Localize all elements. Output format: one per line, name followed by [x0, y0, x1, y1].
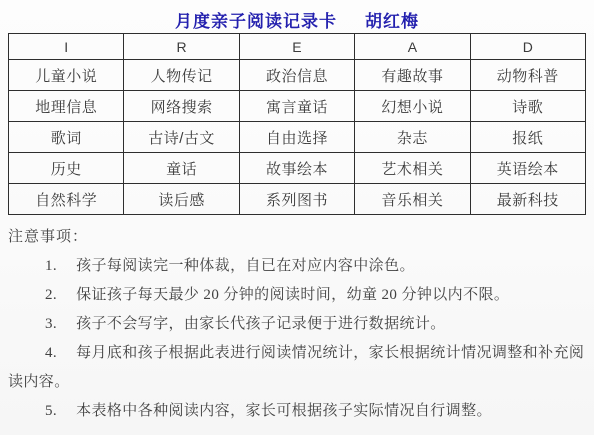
- table-cell: 寓言童话: [239, 91, 354, 122]
- table-cell: 地理信息: [9, 91, 124, 122]
- column-header: A: [355, 34, 470, 60]
- table-cell: 艺术相关: [355, 153, 470, 184]
- document-title: 月度亲子阅读记录卡胡红梅: [8, 0, 586, 33]
- column-header: I: [9, 34, 124, 60]
- note-text: 孩子不会写字，由家长代孩子记录便于进行数据统计。: [76, 316, 446, 332]
- note-item-3: 3.孩子不会写字，由家长代孩子记录便于进行数据统计。: [8, 310, 586, 339]
- note-number: 4.: [45, 345, 57, 361]
- table-cell: 古诗/古文: [124, 122, 239, 153]
- table-cell: 报纸: [470, 122, 585, 153]
- notes-heading: 注意事项：: [8, 223, 586, 252]
- table-cell: 有趣故事: [355, 60, 470, 91]
- table-cell: 诗歌: [470, 91, 585, 122]
- table-row: 地理信息 网络搜索 寓言童话 幻想小说 诗歌: [9, 91, 586, 122]
- note-text: 本表格中各种阅读内容，家长可根据孩子实际情况自行调整。: [76, 403, 492, 419]
- column-header: D: [470, 34, 585, 60]
- table-cell: 自然科学: [9, 184, 124, 215]
- document-page: 月度亲子阅读记录卡胡红梅 I R E A D 儿童小说 人物传记 政治信息 有趣…: [0, 0, 594, 435]
- table-cell: 自由选择: [239, 122, 354, 153]
- table-cell: 最新科技: [470, 184, 585, 215]
- table-cell: 网络搜索: [124, 91, 239, 122]
- reading-record-table: I R E A D 儿童小说 人物传记 政治信息 有趣故事 动物科普 地理信息 …: [8, 33, 586, 215]
- table-header-row: I R E A D: [9, 34, 586, 60]
- table-cell: 杂志: [355, 122, 470, 153]
- table-cell: 读后感: [124, 184, 239, 215]
- table-cell: 动物科普: [470, 60, 585, 91]
- note-number: 1.: [45, 258, 57, 274]
- note-item-2: 2.保证孩子每天最少 20 分钟的阅读时间，幼童 20 分钟以内不限。: [8, 281, 586, 310]
- note-item-4: 4.每月底和孩子根据此表进行阅读情况统计，家长根据统计情况调整和补充阅读内容。: [8, 339, 586, 397]
- title-text: 月度亲子阅读记录卡: [175, 12, 337, 31]
- table-cell: 历史: [9, 153, 124, 184]
- note-number: 3.: [45, 316, 57, 332]
- table-row: 历史 童话 故事绘本 艺术相关 英语绘本: [9, 153, 586, 184]
- table-row: 歌词 古诗/古文 自由选择 杂志 报纸: [9, 122, 586, 153]
- notes-section: 注意事项： 1.孩子每阅读完一种体裁，自已在对应内容中涂色。 2.保证孩子每天最…: [8, 223, 586, 426]
- note-item-1: 1.孩子每阅读完一种体裁，自已在对应内容中涂色。: [8, 252, 586, 281]
- note-item-5: 5.本表格中各种阅读内容，家长可根据孩子实际情况自行调整。: [8, 397, 586, 426]
- table-cell: 音乐相关: [355, 184, 470, 215]
- note-number: 5.: [45, 403, 57, 419]
- table-cell: 英语绘本: [470, 153, 585, 184]
- author-name: 胡红梅: [365, 12, 419, 31]
- table-cell: 人物传记: [124, 60, 239, 91]
- table-cell: 系列图书: [239, 184, 354, 215]
- note-text: 每月底和孩子根据此表进行阅读情况统计，家长根据统计情况调整和补充阅读内容。: [8, 345, 584, 390]
- note-text: 孩子每阅读完一种体裁，自已在对应内容中涂色。: [76, 258, 415, 274]
- column-header: E: [239, 34, 354, 60]
- table-cell: 儿童小说: [9, 60, 124, 91]
- table-cell: 歌词: [9, 122, 124, 153]
- column-header: R: [124, 34, 239, 60]
- table-cell: 幻想小说: [355, 91, 470, 122]
- table-row: 自然科学 读后感 系列图书 音乐相关 最新科技: [9, 184, 586, 215]
- table-row: 儿童小说 人物传记 政治信息 有趣故事 动物科普: [9, 60, 586, 91]
- table-cell: 故事绘本: [239, 153, 354, 184]
- table-cell: 政治信息: [239, 60, 354, 91]
- table-cell: 童话: [124, 153, 239, 184]
- note-number: 2.: [45, 287, 57, 303]
- note-text: 保证孩子每天最少 20 分钟的阅读时间，幼童 20 分钟以内不限。: [76, 287, 509, 303]
